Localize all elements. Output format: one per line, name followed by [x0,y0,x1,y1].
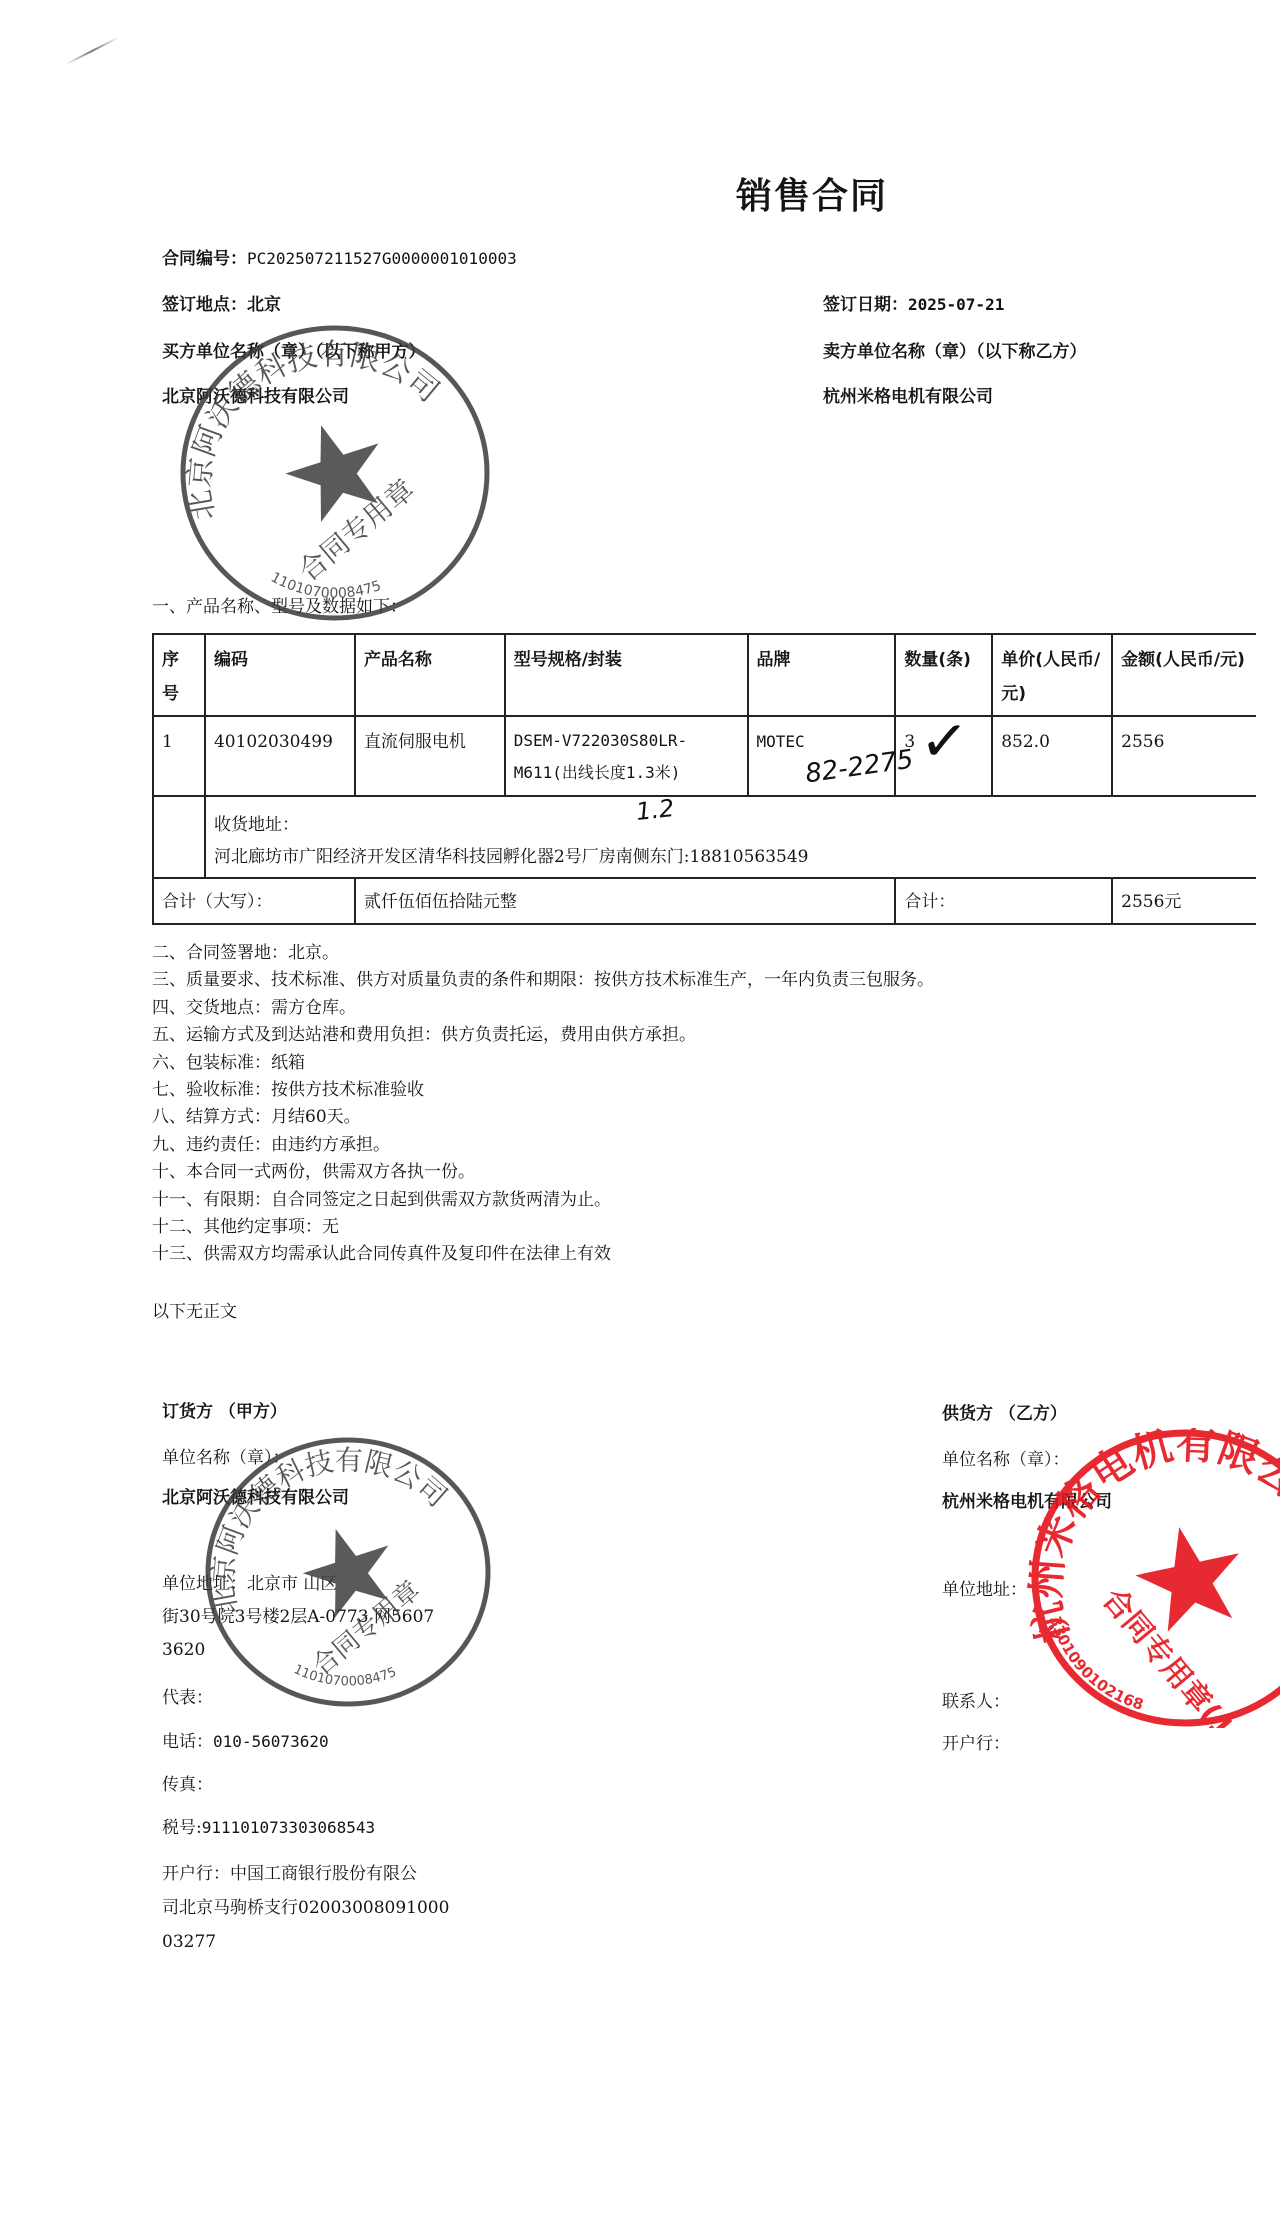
cell-model: DSEM-V722030S80LR-M611(出线长度1.3米) [505,716,748,796]
cell-index: 1 [153,716,205,796]
party-b-contact-label: 联系人： [942,1687,1010,1712]
seller-name: 杭州米格电机有限公司 [823,386,993,408]
party-a-phone-label: 电话： [162,1732,213,1752]
sign-place: 签订地点：北京 [162,294,281,316]
clause: 九、违约责任：由违约方承担。 [152,1132,934,1159]
delivery-address: 河北廊坊市广阳经济开发区清华科技园孵化器2号厂房南侧东门:18810563549 [214,841,1246,873]
end-note: 以下无正文 [152,1301,237,1323]
col-unit-price-header: 单价(人民币/元) [992,634,1112,716]
party-a-bank-line: 司北京马驹桥支行02003008091000 [162,1891,449,1925]
check-mark-icon: ✓ [918,710,971,771]
scan-scratch-mark [65,36,119,65]
party-a-heading: 订货方 （甲方） [162,1397,287,1422]
party-b-bank-label: 开户行： [942,1729,1010,1754]
address-row-spacer [153,796,205,878]
clause: 六、包装标准：纸箱 [152,1050,934,1077]
sign-date-value: 2025-07-21 [908,295,1004,314]
party-a-bank: 开户行：中国工商银行股份有限公 司北京马驹桥支行02003008091000 0… [162,1857,449,1959]
buyer-seal-stamp-bottom: 北京阿沃德科技有限公司 合同专用章 1101070008475 [198,1432,498,1712]
col-brand-header: 品牌 [748,634,896,716]
total-label: 合计： [895,878,1112,924]
contract-clauses: 二、合同签署地：北京。 三、质量要求、技术标准、供方对质量负责的条件和期限：按供… [152,940,934,1269]
clause: 五、运输方式及到达站港和费用负担：供方负责托运，费用由供方承担。 [152,1022,934,1049]
clause: 十一、有限期：自合同签定之日起到供需双方款货两清为止。 [152,1187,934,1214]
clause: 三、质量要求、技术标准、供方对质量负责的条件和期限：按供方技术标准生产，一年内负… [152,967,934,994]
total-words-label: 合计（大写）： [153,878,355,924]
product-table: 序号 编码 产品名称 型号规格/封装 品牌 数量(条) 单价(人民币/元) 金额… [152,633,1256,925]
col-code-header: 编码 [205,634,355,716]
cell-unit-price: 852.0 [992,716,1112,796]
col-name-header: 产品名称 [355,634,505,716]
clause: 十三、供需双方均需承认此合同传真件及复印件在法律上有效 [152,1241,934,1268]
buyer-seal-stamp-top: 北京阿沃德科技有限公司 合同专用章 1101070008475 [170,318,500,628]
party-a-bank-line: 开户行：中国工商银行股份有限公 [162,1857,449,1891]
sign-place-value: 北京 [247,295,281,315]
delivery-address-label: 收货地址： [214,809,1246,841]
sign-date: 签订日期：2025-07-21 [823,294,1004,316]
col-quantity-header: 数量(条) [895,634,992,716]
cell-code: 40102030499 [205,716,355,796]
handwritten-note-length: 1.2 [635,794,676,826]
party-b-address-label: 单位地址： [942,1575,1027,1600]
clause: 八、结算方式：月结60天。 [152,1104,934,1131]
delivery-address-cell: 收货地址： 河北廊坊市广阳经济开发区清华科技园孵化器2号厂房南侧东门:18810… [205,796,1256,878]
total-amount: 2556元 [1112,878,1256,924]
table-header-row: 序号 编码 产品名称 型号规格/封装 品牌 数量(条) 单价(人民币/元) 金额… [153,634,1256,716]
party-a-tax-label: 税号: [162,1818,202,1838]
clause: 十二、其他约定事项：无 [152,1214,934,1241]
seller-seal-stamp: 杭州米格电机有限公司 合同专用章(1) 3301090102168 [1025,1428,1280,1728]
party-a-tax: 税号:911101073303068543 [162,1813,375,1838]
address-row: 收货地址： 河北廊坊市广阳经济开发区清华科技园孵化器2号厂房南侧东门:18810… [153,796,1256,878]
page-title: 销售合同 [736,168,888,219]
party-a-bank-line: 03277 [162,1925,449,1959]
col-model-header: 型号规格/封装 [505,634,748,716]
contract-number-value: PC202507211527G0000001010003 [247,249,517,268]
party-b-heading: 供货方 （乙方） [942,1399,1067,1424]
party-a-phone: 电话：010-56073620 [162,1727,329,1752]
clause: 七、验收标准：按供方技术标准验收 [152,1077,934,1104]
contract-number-label: 合同编号： [162,249,247,269]
clause: 四、交货地点：需方仓库。 [152,995,934,1022]
party-a-tax-value: 911101073303068543 [202,1818,375,1837]
party-a-fax-label: 传真： [162,1770,213,1795]
cell-amount: 2556 [1112,716,1256,796]
cell-product-name: 直流伺服电机 [355,716,505,796]
sign-place-label: 签订地点： [162,295,247,315]
seller-label: 卖方单位名称（章）（以下称乙方） [823,341,1087,363]
contract-number: 合同编号：PC202507211527G0000001010003 [162,248,517,270]
col-index-header: 序号 [153,634,205,716]
total-words: 贰仟伍佰伍拾陆元整 [355,878,895,924]
total-row: 合计（大写）： 贰仟伍佰伍拾陆元整 合计： 2556元 [153,878,1256,924]
col-amount-header: 金额(人民币/元) [1112,634,1256,716]
party-a-phone-value: 010-56073620 [213,1732,329,1751]
sign-date-label: 签订日期： [823,295,908,315]
clause: 二、合同签署地：北京。 [152,940,934,967]
clause: 十、本合同一式两份，供需双方各执一份。 [152,1159,934,1186]
table-row: 1 40102030499 直流伺服电机 DSEM-V722030S80LR-M… [153,716,1256,796]
